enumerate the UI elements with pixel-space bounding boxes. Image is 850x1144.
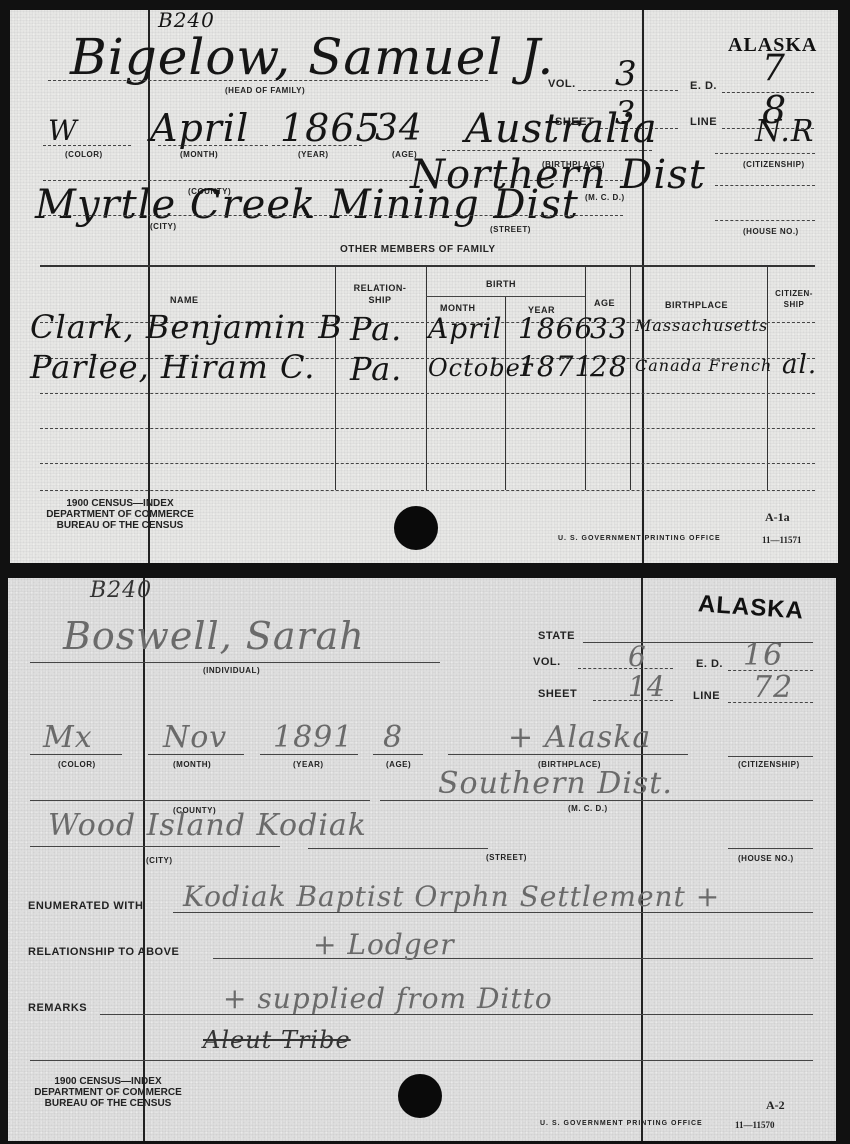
vol-value: 6 bbox=[628, 640, 647, 673]
member-birth-year: 1866 bbox=[518, 312, 593, 345]
month-value: Nov bbox=[163, 720, 227, 755]
enumerated-with-label: ENUMERATED WITH bbox=[28, 900, 143, 912]
member-relationship: Pa. bbox=[350, 310, 402, 348]
census-footer: 1900 CENSUS—INDEX DEPARTMENT OF COMMERCE… bbox=[23, 1076, 193, 1109]
member-birthplace: Massachusetts bbox=[635, 316, 768, 335]
birthplace-value: Australia bbox=[465, 106, 658, 152]
printer-credit: U. S. GOVERNMENT PRINTING OFFICE bbox=[558, 535, 721, 542]
state-stamp: ALASKA bbox=[697, 590, 805, 625]
file-code: B240 bbox=[90, 578, 152, 603]
member-citizenship: al. bbox=[782, 350, 817, 380]
census-card-bigelow: B240 ALASKA Bigelow, Samuel J. (HEAD OF … bbox=[10, 10, 838, 563]
year-value: 1891 bbox=[273, 720, 353, 755]
ed-label: E. D. bbox=[690, 80, 717, 92]
punch-hole bbox=[394, 506, 438, 550]
col-age: AGE bbox=[594, 298, 615, 308]
col-birth: BIRTH bbox=[486, 279, 516, 289]
vol-label: VOL. bbox=[548, 78, 576, 90]
mcd-value: Southern Dist. bbox=[438, 766, 673, 801]
color-label: (COLOR) bbox=[58, 760, 96, 769]
census-card-boswell: B240 ALASKA Boswell, Sarah (INDIVIDUAL) … bbox=[8, 578, 836, 1141]
enumerated-with-value: Kodiak Baptist Orphn Settlement + bbox=[183, 880, 720, 913]
remarks-label: REMARKS bbox=[28, 1002, 87, 1014]
city-value: Myrtle Creek Mining Dist bbox=[35, 182, 579, 228]
form-number: 11—11570 bbox=[735, 1120, 775, 1130]
form-number: 11—11571 bbox=[762, 535, 802, 545]
col-citizenship: CITIZEN- SHIP bbox=[770, 288, 818, 310]
year-label: (YEAR) bbox=[293, 760, 324, 769]
member-birthplace: Canada French bbox=[635, 356, 772, 375]
relationship-to-above-value: + Lodger bbox=[313, 928, 455, 961]
ed-value: 7 bbox=[762, 48, 786, 89]
remarks-value-2: Aleut Tribe bbox=[203, 1026, 351, 1054]
film-line bbox=[148, 10, 150, 563]
member-birth-month: April bbox=[428, 312, 502, 345]
citizenship-label: (CITIZENSHIP) bbox=[738, 760, 800, 769]
line-value: 72 bbox=[753, 670, 793, 705]
ed-label: E. D. bbox=[696, 658, 723, 670]
member-name: Parlee, Hiram C. bbox=[30, 348, 315, 386]
age-label: (AGE) bbox=[386, 760, 411, 769]
mcd-label: (M. C. D.) bbox=[568, 804, 608, 813]
col-relationship: RELATION- SHIP bbox=[350, 282, 410, 306]
color-value: Mx bbox=[43, 720, 93, 755]
color-value: W bbox=[48, 114, 78, 147]
house-no-label: (HOUSE NO.) bbox=[738, 854, 794, 863]
col-birthplace: BIRTHPLACE bbox=[665, 300, 728, 310]
ed-value: 16 bbox=[743, 638, 783, 673]
printer-credit: U. S. GOVERNMENT PRINTING OFFICE bbox=[540, 1120, 703, 1127]
vol-label: VOL. bbox=[533, 656, 561, 668]
age-value: 34 bbox=[375, 108, 423, 149]
member-relationship: Pa. bbox=[350, 350, 402, 388]
census-footer: 1900 CENSUS—INDEX DEPARTMENT OF COMMERCE… bbox=[35, 498, 205, 531]
member-age: 33 bbox=[590, 312, 628, 345]
remarks-value-1: + supplied from Ditto bbox=[223, 982, 553, 1015]
birthplace-value: + Alaska bbox=[508, 720, 651, 755]
year-label: (YEAR) bbox=[298, 150, 329, 159]
head-of-family-value: Bigelow, Samuel J. bbox=[70, 28, 554, 86]
month-label: (MONTH) bbox=[173, 760, 211, 769]
individual-value: Boswell, Sarah bbox=[63, 614, 365, 658]
color-label: (COLOR) bbox=[65, 150, 103, 159]
individual-label: (INDIVIDUAL) bbox=[203, 666, 260, 675]
city-value: Wood Island Kodiak bbox=[48, 808, 367, 843]
street-label: (STREET) bbox=[486, 853, 527, 862]
sheet-value: 14 bbox=[628, 670, 666, 703]
vol-value: 3 bbox=[615, 54, 638, 94]
line-label: LINE bbox=[690, 116, 717, 128]
form-id: A-1a bbox=[765, 510, 790, 525]
member-age: 28 bbox=[590, 350, 628, 383]
state-label: STATE bbox=[538, 630, 575, 642]
member-name: Clark, Benjamin B bbox=[30, 308, 343, 346]
citizenship-value: N.R bbox=[755, 114, 814, 149]
city-label: (CITY) bbox=[150, 222, 177, 231]
col-name: NAME bbox=[170, 295, 199, 305]
mcd-label: (M. C. D.) bbox=[585, 193, 625, 202]
line-label: LINE bbox=[693, 690, 720, 702]
month-label: (MONTH) bbox=[180, 150, 218, 159]
member-birth-year: 1871 bbox=[518, 350, 593, 383]
age-value: 8 bbox=[383, 720, 403, 755]
relationship-to-above-label: RELATIONSHIP TO ABOVE bbox=[28, 946, 179, 958]
year-value: 1865 bbox=[280, 106, 381, 150]
citizenship-label: (CITIZENSHIP) bbox=[743, 160, 805, 169]
film-line bbox=[642, 10, 644, 563]
form-id: A-2 bbox=[766, 1098, 785, 1113]
sheet-label: SHEET bbox=[538, 688, 577, 700]
punch-hole bbox=[398, 1074, 442, 1118]
house-no-label: (HOUSE NO.) bbox=[743, 227, 799, 236]
other-members-heading: OTHER MEMBERS OF FAMILY bbox=[340, 244, 496, 255]
street-label: (STREET) bbox=[490, 225, 531, 234]
month-value: April bbox=[150, 106, 249, 150]
city-label: (CITY) bbox=[146, 856, 173, 865]
head-of-family-label: (HEAD OF FAMILY) bbox=[225, 86, 305, 95]
